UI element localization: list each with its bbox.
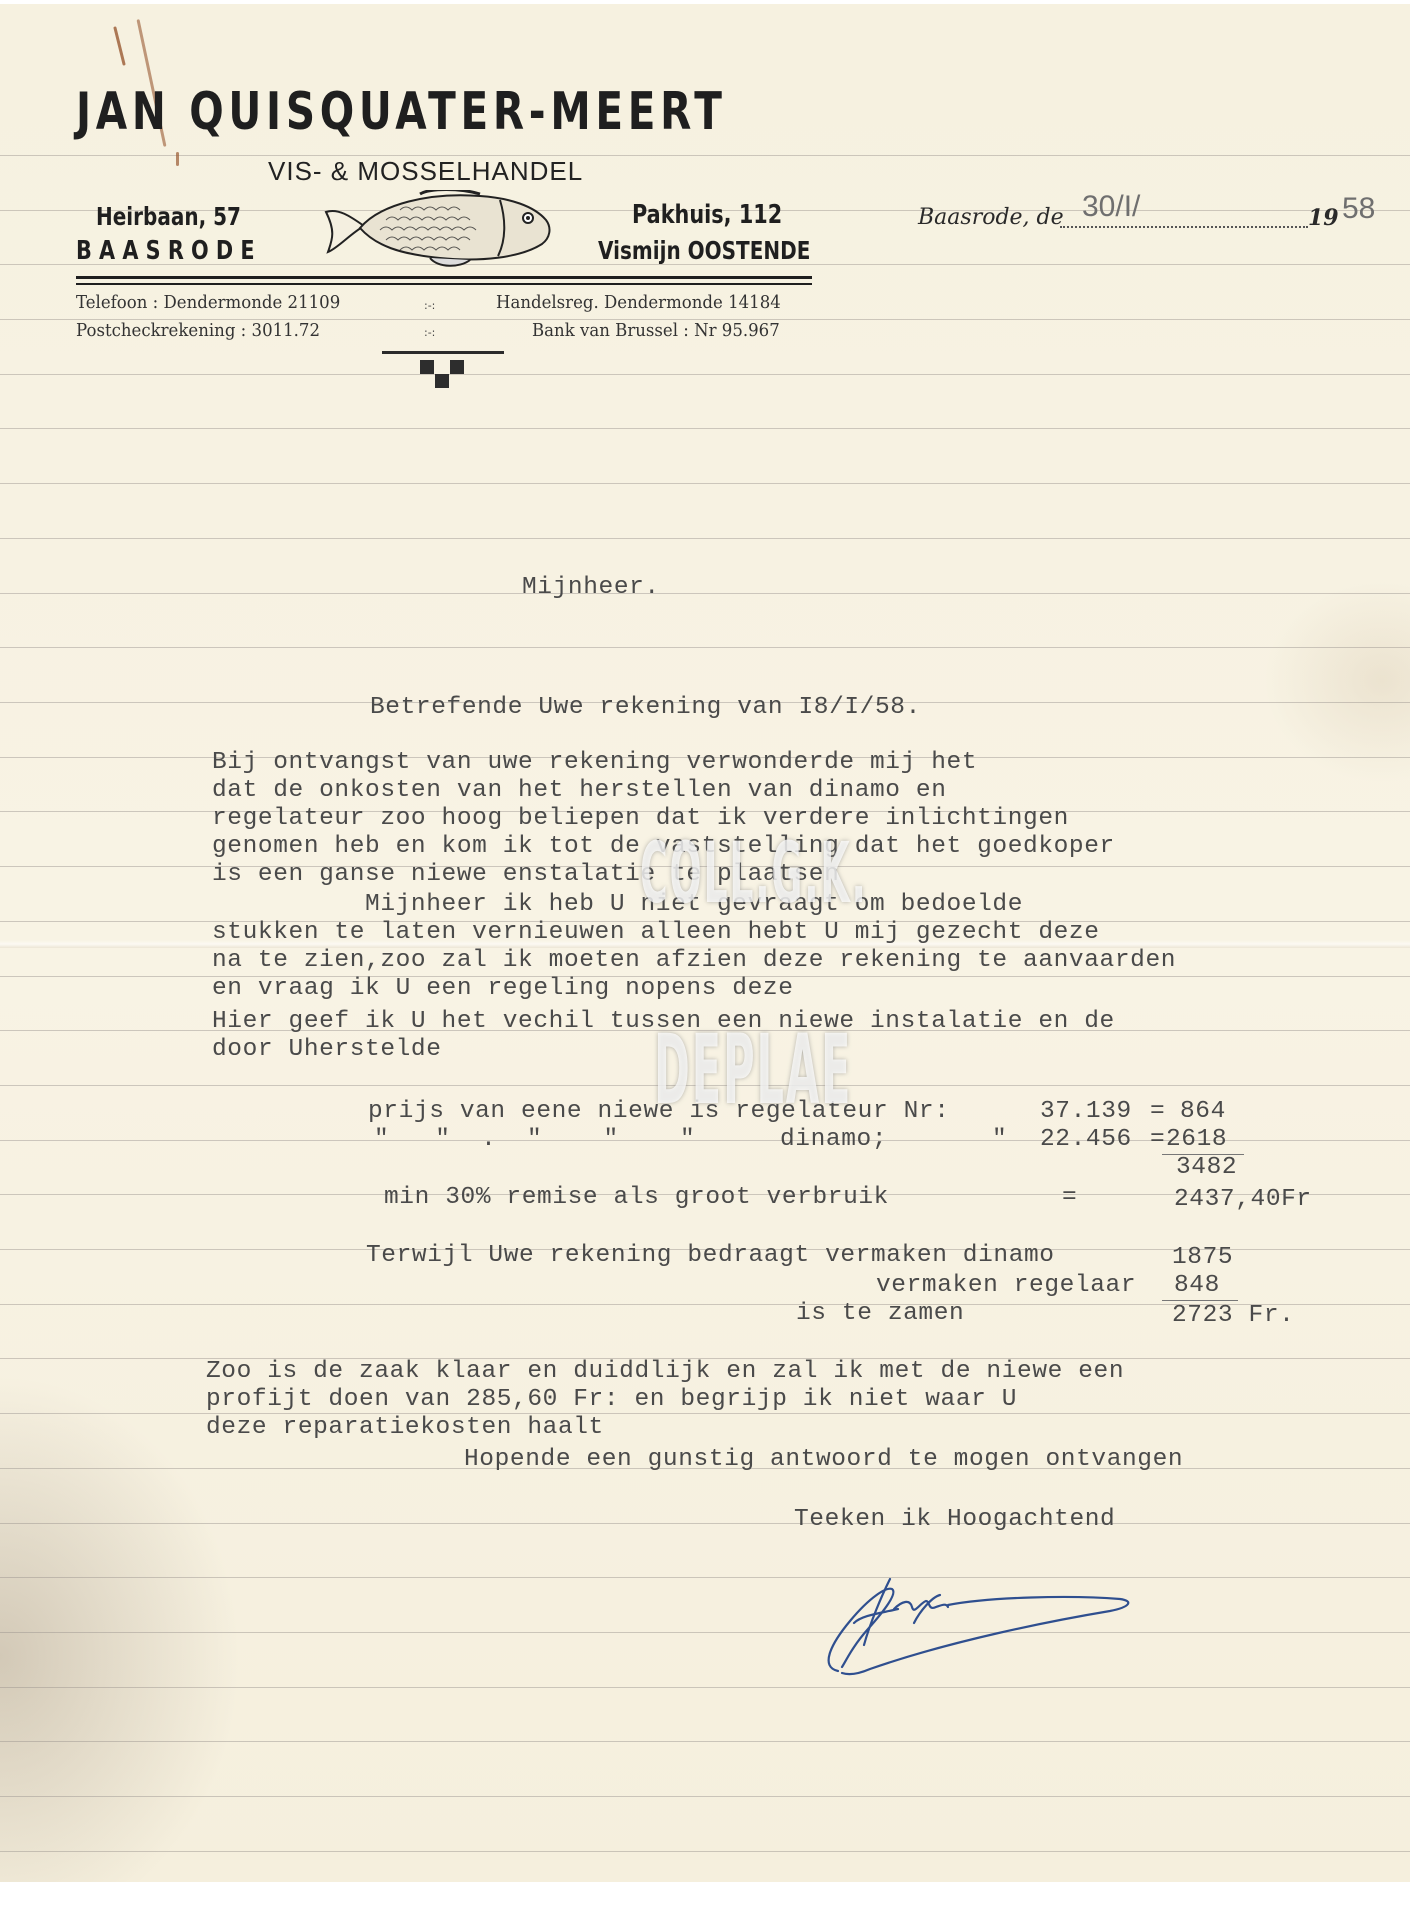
calc-equals: =	[1150, 1126, 1165, 1153]
postcheck-info: Postcheckrekening : 3011.72	[76, 320, 320, 341]
handwritten-date: 30/I/	[1082, 190, 1140, 224]
sum-underline	[1162, 1300, 1238, 1301]
watermark-bottom: DEPLAE	[654, 1014, 852, 1126]
bank-info: Bank van Brussel : Nr 95.967	[532, 320, 780, 341]
text-line: Bij ontvangst van uwe rekening verwonder…	[212, 749, 977, 776]
address-left-town: BAASRODE	[76, 236, 262, 266]
fish-icon	[320, 190, 560, 270]
address-left-street: Heirbaan, 57	[96, 202, 241, 231]
rust-stain	[176, 152, 179, 166]
text-line: deze reparatiekosten haalt	[206, 1414, 604, 1441]
ruled-line	[0, 1687, 1410, 1688]
emblem-line	[382, 351, 504, 354]
ruled-line	[0, 647, 1410, 648]
watermark-top: COLL.G.K.	[640, 824, 868, 922]
text-line: Mijnheer ik heb U niet gevraagt om bedoe…	[212, 891, 1023, 918]
salutation: Mijnheer.	[522, 574, 660, 601]
text-line: stukken te laten vernieuwen alleen hebt …	[212, 919, 1100, 946]
separator-mark: :-:	[424, 326, 435, 339]
calc-amount: 848	[1174, 1272, 1220, 1299]
text-line: Zoo is de zaak klaar en duiddlijk en zal…	[206, 1358, 1124, 1385]
letterhead-divider-thin	[76, 283, 812, 285]
calc-label: is te zamen	[796, 1300, 964, 1327]
calc-amount: 2437,40Fr	[1174, 1186, 1312, 1213]
calc-equals: =	[1150, 1098, 1165, 1125]
calc-ditto: " " . " " "	[374, 1126, 695, 1153]
ruled-line	[0, 155, 1410, 156]
ruled-line	[0, 593, 1410, 594]
text-line: door Uherstelde	[212, 1036, 442, 1063]
calc-label: dinamo;	[780, 1126, 887, 1153]
text-line: na te zien,zoo zal ik moeten afzien deze…	[212, 947, 1176, 974]
calc-amount: 2723 Fr.	[1172, 1302, 1294, 1329]
rust-stain	[113, 26, 126, 66]
signoff-line: Teeken ik Hoogachtend	[794, 1506, 1115, 1533]
ruled-line	[0, 428, 1410, 429]
ruled-line	[0, 538, 1410, 539]
letterhead-divider-thick	[76, 276, 812, 279]
ruled-line	[0, 483, 1410, 484]
text-line: profijt doen van 285,60 Fr: en begrijp i…	[206, 1386, 1017, 1413]
ruled-line	[0, 1796, 1410, 1797]
company-subtitle: VIS- & MOSSELHANDEL	[268, 156, 583, 187]
ruled-line	[0, 1632, 1410, 1633]
date-dotted-line	[1060, 226, 1308, 228]
trade-register-info: Handelsreg. Dendermonde 14184	[496, 292, 781, 313]
date-century: 19	[1308, 205, 1339, 231]
letter-paper: JAN QUISQUATER-MEERT VIS- & MOSSELHANDEL…	[0, 4, 1410, 1882]
date-label: Baasrode, de	[918, 205, 1064, 230]
company-name: JAN QUISQUATER-MEERT	[76, 82, 727, 142]
calc-ditto: "	[992, 1126, 1007, 1153]
address-right-town: Vismijn OOSTENDE	[598, 236, 810, 265]
signature-icon	[790, 1549, 1150, 1689]
address-right-street: Pakhuis, 112	[632, 200, 782, 230]
subject-line: Betrefende Uwe rekening van I8/I/58.	[370, 694, 921, 721]
closing-line: Hopende een gunstig antwoord te mogen on…	[464, 1446, 1183, 1473]
ruled-line	[0, 1741, 1410, 1742]
calc-ref: 37.139	[1040, 1098, 1132, 1125]
text-line: dat de onkosten van het herstellen van d…	[212, 777, 947, 804]
ruled-line	[0, 374, 1410, 375]
calc-amount: 2618	[1166, 1126, 1227, 1153]
calc-label: vermaken regelaar	[876, 1272, 1136, 1299]
text-line: en vraag ik U een regeling nopens deze	[212, 975, 794, 1002]
calc-equals: =	[1062, 1184, 1077, 1211]
telephone-info: Telefoon : Dendermonde 21109	[76, 292, 340, 313]
calc-label: Terwijl Uwe rekening bedraagt vermaken d…	[366, 1242, 1055, 1269]
handwritten-year: 58	[1342, 192, 1375, 226]
ruled-line	[0, 1523, 1410, 1524]
ruled-line	[0, 1577, 1410, 1578]
calc-label: min 30% remise als groot verbruik	[384, 1184, 889, 1211]
calc-amount: 1875	[1172, 1244, 1233, 1271]
calc-subtotal: 3482	[1176, 1154, 1237, 1181]
calc-amount: 864	[1180, 1098, 1226, 1125]
calc-ref: 22.456	[1040, 1126, 1132, 1153]
ruled-line	[0, 1851, 1410, 1852]
separator-mark: :-:	[424, 299, 435, 312]
